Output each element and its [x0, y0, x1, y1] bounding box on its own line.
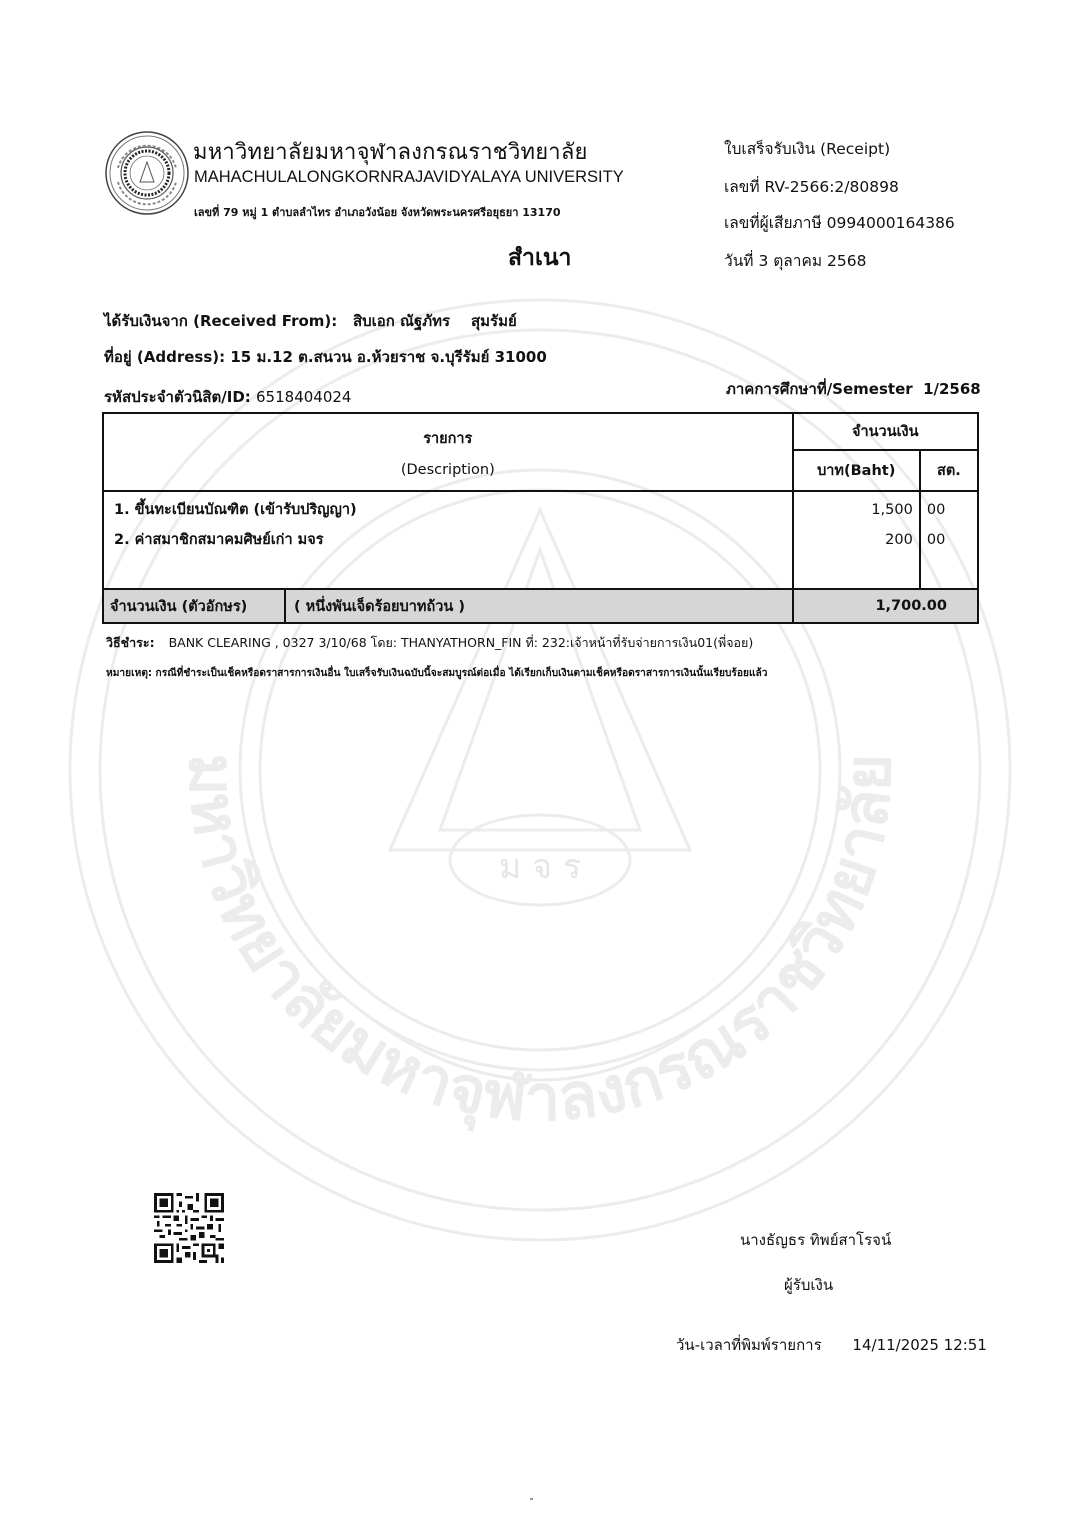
total-in-words: จำนวนเงิน (ตัวอักษร) ( หนึ่งพันเจ็ดร้อยบ…	[103, 589, 793, 623]
scan-speck	[530, 1498, 533, 1500]
receipt-title: ใบเสร็จรับเงิน (Receipt)	[724, 136, 890, 161]
payment-method-value: BANK CLEARING , 0327 3/10/68 โดย: THANYA…	[169, 635, 754, 650]
printed-label: วัน-เวลาที่พิมพ์รายการ	[676, 1336, 822, 1354]
payment-method: วิธีชำระ: BANK CLEARING , 0327 3/10/68 โ…	[106, 633, 753, 653]
payment-method-label: วิธีชำระ:	[106, 635, 155, 650]
student-id-label: รหัสประจำตัวนิสิต/ID:	[104, 388, 251, 406]
received-from-label: ได้รับเงินจาก (Received From):	[104, 312, 337, 330]
university-address: เลขที่ 79 หมู่ 1 ตำบลลำไทร อำเภอวังน้อย …	[194, 203, 561, 221]
university-name-en: MAHACHULALONGKORNRAJAVIDYALAYA UNIVERSIT…	[194, 168, 624, 187]
amount-header: จำนวนเงิน	[793, 413, 978, 450]
svg-text:มหาวิทยาลัยมหาจุฬาลงกรณราชวิทย: มหาวิทยาลัยมหาจุฬาลงกรณราชวิทยาลัย	[174, 753, 906, 1137]
address-value: 15 ม.12 ต.สนวน อ.ห้วยราช จ.บุรีรัมย์ 310…	[230, 348, 546, 366]
description-header: รายการ (Description)	[103, 413, 793, 491]
cashier-role: ผู้รับเงิน	[784, 1273, 833, 1297]
total-label: จำนวนเงิน (ตัวอักษร)	[104, 595, 284, 618]
qr-code-icon	[154, 1193, 224, 1263]
semester: ภาคการศึกษาที่/Semester 1/2568	[726, 377, 981, 401]
received-from-value: สิบเอก ณัฐภัทร สุมรัมย์	[353, 312, 517, 330]
total-amount: 1,700.00	[793, 589, 978, 623]
student-id: รหัสประจำตัวนิสิต/ID: 6518404024	[104, 385, 351, 409]
received-from: ได้รับเงินจาก (Received From): สิบเอก ณั…	[104, 309, 517, 333]
cashier-name: นางธัญธร ทิพย์สาโรจน์	[740, 1228, 891, 1252]
baht-header: บาท(Baht)	[793, 450, 920, 491]
svg-text:ม จ ร: ม จ ร	[499, 847, 581, 887]
receipt-number: เลขที่ RV-2566:2/80898	[724, 174, 899, 199]
printed-datetime: วัน-เวลาที่พิมพ์รายการ 14/11/2025 12:51	[676, 1333, 987, 1357]
copy-label: สำเนา	[508, 240, 571, 276]
item-descriptions: 1. ขึ้นทะเบียนบัณฑิต (เข้ารับปริญญา) 2. …	[103, 491, 793, 589]
tax-id: เลขที่ผู้เสียภาษี 0994000164386	[724, 210, 955, 235]
receipt-date: วันที่ 3 ตุลาคม 2568	[724, 248, 866, 273]
student-id-value: 6518404024	[256, 388, 351, 406]
satang-header: สต.	[920, 450, 978, 491]
university-seal-icon	[104, 130, 190, 216]
item-satang: 00 00	[920, 491, 978, 589]
address-label: ที่อยู่ (Address):	[104, 348, 225, 366]
table-row: 2. ค่าสมาชิกสมาคมศิษย์เก่า มจร	[114, 528, 792, 558]
payer-address: ที่อยู่ (Address): 15 ม.12 ต.สนวน อ.ห้วย…	[104, 345, 547, 369]
item-baht: 1,500 200	[793, 491, 920, 589]
total-words: ( หนึ่งพันเจ็ดร้อยบาทถ้วน )	[284, 590, 465, 622]
remark-note: หมายเหตุ: กรณีที่ชำระเป็นเช็คหรือดราสารก…	[106, 665, 767, 681]
university-name-th: มหาวิทยาลัยมหาจุฬาลงกรณราชวิทยาลัย	[193, 134, 588, 169]
table-row: 1. ขึ้นทะเบียนบัณฑิต (เข้ารับปริญญา)	[114, 498, 792, 528]
printed-timestamp: 14/11/2025 12:51	[852, 1336, 986, 1354]
items-table: รายการ (Description) จำนวนเงิน บาท(Baht)…	[102, 412, 979, 624]
